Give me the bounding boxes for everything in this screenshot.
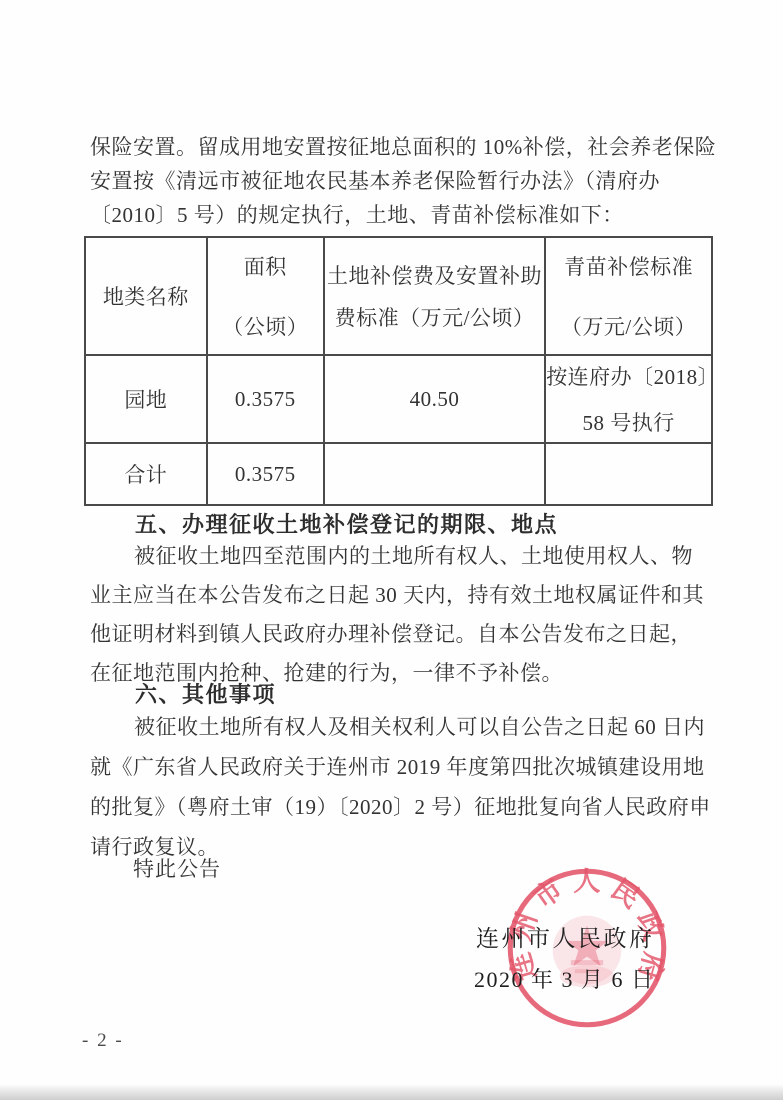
- table-row: 园地 0.3575 40.50 按连府办〔2018〕 58 号执行: [85, 355, 712, 443]
- header-land-type: 地类名称: [85, 237, 207, 355]
- header-text: 土地补偿费及安置补助: [327, 260, 542, 290]
- signature-organization: 连州市人民政府: [476, 920, 655, 953]
- text-line: 被征收土地所有权人及相关权利人可以自公告之日起 60 日内: [90, 707, 711, 747]
- section6-paragraph: 被征收土地所有权人及相关权利人可以自公告之日起 60 日内 就《广东省人民政府关…: [90, 707, 711, 867]
- header-standard: 土地补偿费及安置补助 费标准（万元/公顷）: [324, 237, 545, 355]
- cell-text: 按连府办〔2018〕: [546, 361, 711, 391]
- closing-statement: 特此公告: [133, 853, 221, 883]
- header-text: 地类名称: [103, 281, 189, 311]
- text-line: 保险安置。留成用地安置按征地总面积的 10%补偿，社会养老保险: [90, 130, 715, 164]
- compensation-table-wrap: 地类名称 面积 （公顷） 土地补偿费及安置补助 费标准（万元/公顷）: [84, 236, 713, 506]
- cell-seedling: [545, 443, 712, 505]
- section5-heading: 五、办理征收土地补偿登记的期限、地点: [135, 508, 558, 539]
- scan-shadow: [0, 1084, 783, 1100]
- text-line: 〔2010〕5 号）的规定执行，土地、青苗补偿标准如下：: [90, 198, 715, 232]
- header-text: 青苗补偿标准: [564, 251, 693, 281]
- compensation-table: 地类名称 面积 （公顷） 土地补偿费及安置补助 费标准（万元/公顷）: [84, 236, 713, 506]
- header-area: 面积 （公顷）: [207, 237, 324, 355]
- text-line: 安置按《清远市被征地农民基本养老保险暂行办法》（清府办: [90, 164, 715, 198]
- header-text: （公顷）: [222, 311, 308, 341]
- header-text: 面积: [244, 251, 287, 281]
- cell-area: 0.3575: [207, 355, 324, 443]
- table-row: 合计 0.3575: [85, 443, 712, 505]
- header-text: 费标准（万元/公顷）: [335, 302, 535, 332]
- header-text: （万元/公顷）: [561, 311, 696, 341]
- text-line: 业主应当在本公告发布之日起 30 天内，持有效土地权属证件和其: [90, 576, 704, 615]
- text-line: 他证明材料到镇人民政府办理补偿登记。自本公告发布之日起，: [90, 615, 704, 654]
- section5-paragraph: 被征收土地四至范围内的土地所有权人、土地使用权人、物 业主应当在本公告发布之日起…: [90, 537, 704, 693]
- section6-heading: 六、其他事项: [135, 678, 276, 709]
- signature-date: 2020 年 3 月 6 日: [474, 963, 655, 994]
- text-line: 被征收土地四至范围内的土地所有权人、土地使用权人、物: [90, 537, 704, 576]
- intro-paragraph: 保险安置。留成用地安置按征地总面积的 10%补偿，社会养老保险 安置按《清远市被…: [90, 130, 715, 232]
- cell-area: 0.3575: [207, 443, 324, 505]
- text-line: 就《广东省人民政府关于连州市 2019 年度第四批次城镇建设用地: [90, 747, 711, 787]
- cell-text: 58 号执行: [582, 407, 674, 437]
- header-seedling: 青苗补偿标准 （万元/公顷）: [545, 237, 712, 355]
- document-page: 保险安置。留成用地安置按征地总面积的 10%补偿，社会养老保险 安置按《清远市被…: [0, 0, 783, 1100]
- cell-land-type: 合计: [85, 443, 207, 505]
- cell-standard: 40.50: [324, 355, 545, 443]
- cell-land-type: 园地: [85, 355, 207, 443]
- text-line: 的批复》（粤府土审（19）〔2020〕2 号）征地批复向省人民政府申: [90, 787, 711, 827]
- cell-seedling: 按连府办〔2018〕 58 号执行: [545, 355, 712, 443]
- cell-standard: [324, 443, 545, 505]
- table-header-row: 地类名称 面积 （公顷） 土地补偿费及安置补助 费标准（万元/公顷）: [85, 237, 712, 355]
- page-number: - 2 -: [82, 1030, 124, 1052]
